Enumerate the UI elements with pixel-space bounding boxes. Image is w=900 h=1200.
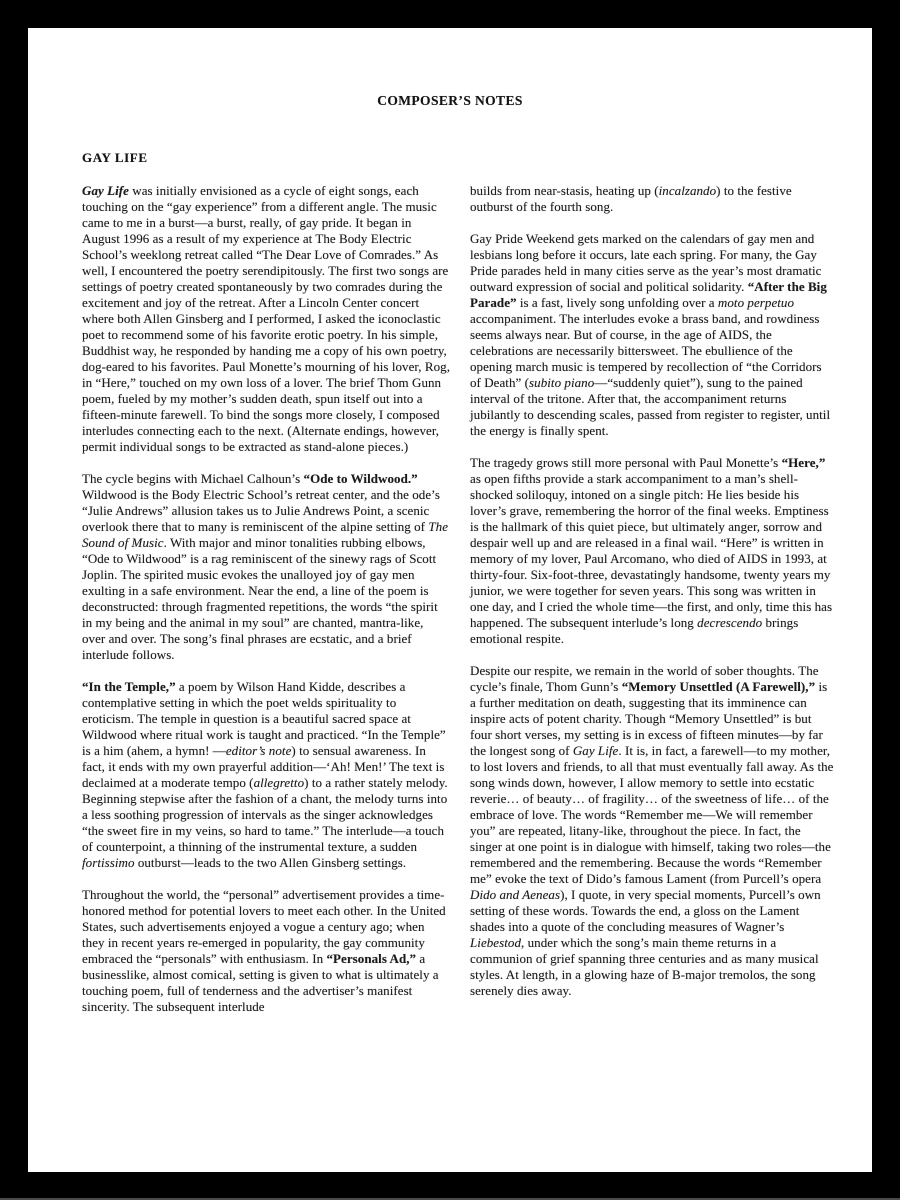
paragraph-right-4: Despite our respite, we remain in the wo… bbox=[470, 663, 835, 999]
paragraph-left-3: “In the Temple,” a poem by Wilson Hand K… bbox=[82, 679, 450, 871]
two-column-layout: GAY LIFE Gay Life was initially envision… bbox=[28, 150, 872, 1015]
paragraph-right-2: Gay Pride Weekend gets marked on the cal… bbox=[470, 231, 835, 439]
left-column: GAY LIFE Gay Life was initially envision… bbox=[82, 150, 450, 1015]
right-column: builds from near-stasis, heating up (inc… bbox=[470, 150, 835, 1015]
paragraph-left-4: Throughout the world, the “personal” adv… bbox=[82, 887, 450, 1015]
paragraph-left-1: Gay Life was initially envisioned as a c… bbox=[82, 183, 450, 455]
document-page: COMPOSER’S NOTES GAY LIFE Gay Life was i… bbox=[28, 28, 872, 1172]
paragraph-right-1: builds from near-stasis, heating up (inc… bbox=[470, 183, 835, 215]
paragraph-right-3: The tragedy grows still more personal wi… bbox=[470, 455, 835, 647]
paragraph-left-2: The cycle begins with Michael Calhoun’s … bbox=[82, 471, 450, 663]
section-heading: GAY LIFE bbox=[82, 150, 450, 166]
page-title: COMPOSER’S NOTES bbox=[28, 93, 872, 109]
